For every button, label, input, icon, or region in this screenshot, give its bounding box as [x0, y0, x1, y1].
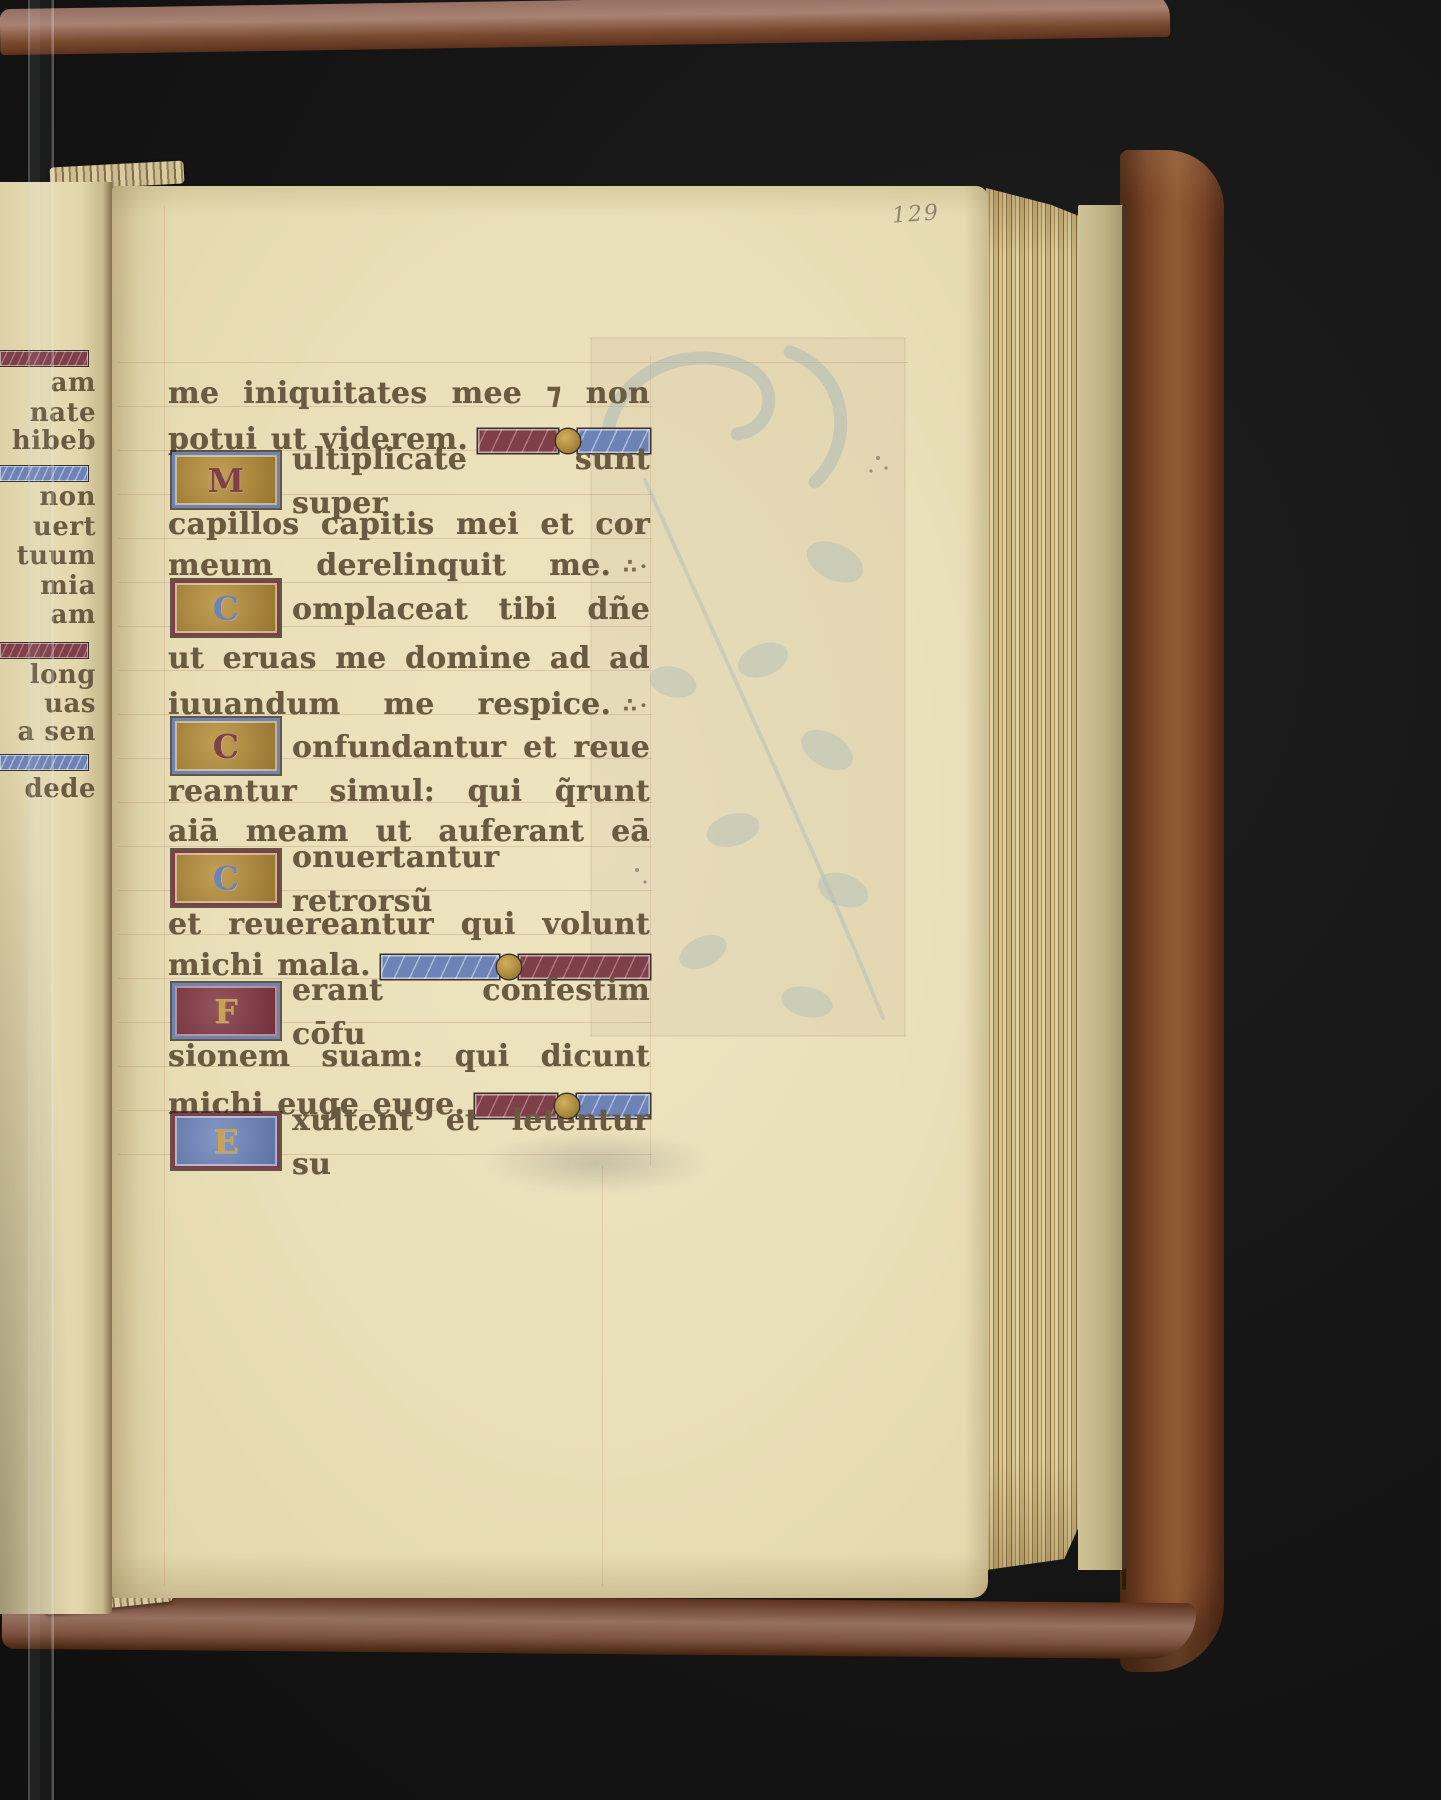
folio-number-pencil: 129	[891, 200, 941, 228]
text-line: C omplaceat tibi dñe	[168, 587, 650, 633]
illuminated-initial: C	[172, 850, 280, 906]
facing-text-fragment: am	[51, 368, 96, 398]
illuminated-initial: E	[172, 1113, 280, 1169]
pen-flourish: ∴·	[623, 544, 650, 588]
text-line: C onuertantur retrorsũ	[168, 857, 650, 903]
filler-gold-ball	[556, 429, 580, 453]
facing-text-fragment: am	[51, 600, 96, 630]
leather-cover-bottom-edge	[2, 1593, 1196, 1659]
ruling-line-vertical	[602, 1166, 603, 1586]
text-line: F erant confestim cōfu	[168, 990, 650, 1036]
acrylic-cradle-strip	[28, 0, 54, 1800]
illuminated-initial: F	[172, 983, 280, 1039]
text-line: sionem suam: qui dicunt	[168, 1035, 650, 1081]
facing-page-sliver: am nate hibeb non uert tuum mia am long …	[0, 182, 112, 1614]
endpaper-leaf	[1078, 205, 1126, 1570]
text-line: M ultiplicate sunt super	[168, 459, 650, 505]
text-line-text: onfundantur et reue	[292, 726, 650, 770]
text-line: me iniquitates mee ⁊ non	[168, 372, 650, 418]
pen-flourish: ∴·	[623, 683, 650, 727]
text-line-text: omplaceat tibi dñe	[292, 588, 650, 632]
filler-gold-ball	[555, 1094, 579, 1118]
ruling-line-vertical	[164, 206, 165, 1586]
leather-cover-top-edge	[0, 0, 1170, 55]
illuminated-initial: M	[172, 452, 280, 508]
illuminated-initial: C	[172, 580, 280, 636]
illuminated-initial: C	[172, 718, 280, 774]
main-parchment-page: 129 me iniquitates mee ⁊ non potui ut vi…	[112, 186, 988, 1598]
fore-edge-page-stack	[986, 188, 1078, 1570]
text-line: ut eruas me domine ad ad	[168, 637, 650, 683]
photograph-of-manuscript: am nate hibeb non uert tuum mia am long …	[0, 0, 1441, 1800]
ink-smudge	[482, 1130, 712, 1194]
text-line: C onfundantur et reue	[168, 725, 650, 771]
cover-seam-shadow	[1122, 205, 1126, 1590]
leather-cover-right-side	[1120, 150, 1224, 1672]
